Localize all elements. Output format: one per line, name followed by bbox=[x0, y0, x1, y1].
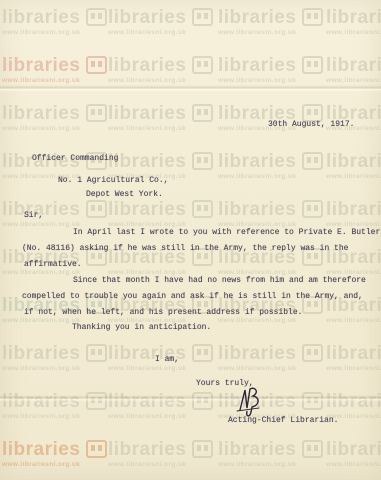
watermark-libraries-ni: librarieswww.librariesni.org.uk bbox=[218, 56, 323, 85]
ni-logo-icon bbox=[192, 440, 213, 458]
watermark-brand-text: libraries bbox=[218, 344, 296, 363]
watermark-url-text: www.librariesni.org.uk bbox=[108, 414, 213, 421]
watermark-libraries-ni: librarieswww.librariesni.org.uk bbox=[108, 104, 213, 133]
watermark-brand-text: libraries bbox=[108, 200, 186, 219]
watermark-brand-text: libraries bbox=[218, 56, 296, 75]
watermark-libraries-ni: librarieswww.librariesni.org.uk bbox=[326, 8, 381, 37]
salutation: Sir, bbox=[24, 211, 43, 221]
ni-logo-icon bbox=[302, 392, 323, 410]
watermark-libraries-ni: librarieswww.librariesni.org.uk bbox=[108, 392, 213, 421]
body-line-3: affirmative. bbox=[24, 260, 82, 270]
watermark-libraries-ni: librarieswww.librariesni.org.uk bbox=[326, 440, 381, 469]
watermark-brand-text: libraries bbox=[108, 392, 186, 411]
watermark-url-text: www.librariesni.org.uk bbox=[326, 78, 381, 85]
watermark-brand-text: libraries bbox=[108, 104, 186, 123]
signature-scribble-icon bbox=[233, 386, 271, 418]
address-line-3: Depot West York. bbox=[86, 190, 163, 200]
watermark-brand-text: libraries bbox=[218, 152, 296, 171]
watermark-libraries-ni: librarieswww.librariesni.org.uk bbox=[326, 200, 381, 229]
watermark-libraries-ni: librarieswww.librariesni.org.uk bbox=[218, 440, 323, 469]
watermark-brand-text: libraries bbox=[108, 56, 186, 75]
watermark-libraries-ni: librarieswww.librariesni.org.uk bbox=[2, 344, 107, 373]
watermark-libraries-ni: librarieswww.librariesni.org.uk bbox=[2, 8, 107, 37]
body-line-2: (No. 48116) asking if he was still in th… bbox=[22, 244, 348, 254]
body-line-4: Since that month I have had no news from… bbox=[73, 276, 366, 286]
watermark-brand-text: libraries bbox=[2, 440, 80, 459]
watermark-url-text: www.librariesni.org.uk bbox=[326, 318, 381, 325]
watermark-brand-text: libraries bbox=[218, 8, 296, 27]
ni-logo-icon bbox=[86, 392, 107, 410]
body-line-1: In April last I wrote to you with refere… bbox=[73, 228, 380, 238]
watermark-brand-text: libraries bbox=[108, 152, 186, 171]
watermark-libraries-ni: librarieswww.librariesni.org.uk bbox=[2, 392, 107, 421]
watermark-url-text: www.librariesni.org.uk bbox=[326, 366, 381, 373]
watermark-libraries-ni: librarieswww.librariesni.org.uk bbox=[218, 8, 323, 37]
watermark-url-text: www.librariesni.org.uk bbox=[218, 462, 323, 469]
scanned-letter-page: librarieswww.librariesni.org.uklibraries… bbox=[0, 0, 381, 480]
watermark-brand-text: libraries bbox=[326, 344, 381, 363]
watermark-brand-text: libraries bbox=[326, 152, 381, 171]
signature bbox=[233, 386, 271, 423]
ni-logo-icon bbox=[192, 56, 213, 74]
ni-logo-icon bbox=[192, 200, 213, 218]
watermark-url-text: www.librariesni.org.uk bbox=[2, 366, 107, 373]
watermark-brand-text: libraries bbox=[2, 104, 80, 123]
ni-logo-icon bbox=[86, 8, 107, 26]
watermark-libraries-ni: librarieswww.librariesni.org.uk bbox=[326, 152, 381, 181]
watermark-url-text: www.librariesni.org.uk bbox=[2, 30, 107, 37]
ni-logo-icon bbox=[192, 104, 213, 122]
ni-logo-icon bbox=[86, 440, 107, 458]
watermark-brand-text: libraries bbox=[108, 440, 186, 459]
address-line-1: Officer Commanding bbox=[32, 154, 118, 164]
ni-logo-icon bbox=[192, 152, 213, 170]
closing-i-am: I am, bbox=[155, 355, 179, 365]
watermark-url-text: www.librariesni.org.uk bbox=[2, 78, 107, 85]
ni-logo-icon bbox=[86, 56, 107, 74]
watermark-libraries-ni: librarieswww.librariesni.org.uk bbox=[218, 344, 323, 373]
watermark-libraries-ni: librarieswww.librariesni.org.uk bbox=[218, 200, 323, 229]
watermark-brand-text: libraries bbox=[326, 200, 381, 219]
watermark-brand-text: libraries bbox=[108, 8, 186, 27]
watermark-url-text: www.librariesni.org.uk bbox=[218, 318, 323, 325]
watermark-libraries-ni: librarieswww.librariesni.org.uk bbox=[2, 200, 107, 229]
watermark-url-text: www.librariesni.org.uk bbox=[108, 366, 213, 373]
watermark-url-text: www.librariesni.org.uk bbox=[2, 462, 107, 469]
watermark-brand-text: libraries bbox=[326, 8, 381, 27]
watermark-brand-text: libraries bbox=[326, 440, 381, 459]
letter-date: 30th August, 1917. bbox=[268, 120, 354, 130]
watermark-libraries-ni: librarieswww.librariesni.org.uk bbox=[108, 56, 213, 85]
body-line-5: compelled to trouble you again and ask i… bbox=[22, 292, 363, 302]
watermark-libraries-ni: librarieswww.librariesni.org.uk bbox=[2, 56, 107, 85]
watermark-url-text: www.librariesni.org.uk bbox=[218, 30, 323, 37]
ni-logo-icon bbox=[86, 200, 107, 218]
thanks-line: Thanking you in anticipation. bbox=[72, 323, 211, 333]
watermark-url-text: www.librariesni.org.uk bbox=[218, 366, 323, 373]
watermark-url-text: www.librariesni.org.uk bbox=[2, 414, 107, 421]
ni-logo-icon bbox=[302, 8, 323, 26]
watermark-brand-text: libraries bbox=[2, 8, 80, 27]
watermark-brand-text: libraries bbox=[326, 392, 381, 411]
watermark-url-text: www.librariesni.org.uk bbox=[326, 30, 381, 37]
watermark-libraries-ni: librarieswww.librariesni.org.uk bbox=[218, 152, 323, 181]
watermark-libraries-ni: librarieswww.librariesni.org.uk bbox=[108, 8, 213, 37]
ni-logo-icon bbox=[302, 440, 323, 458]
watermark-url-text: www.librariesni.org.uk bbox=[108, 78, 213, 85]
watermark-url-text: www.librariesni.org.uk bbox=[108, 462, 213, 469]
watermark-libraries-ni: librarieswww.librariesni.org.uk bbox=[326, 56, 381, 85]
watermark-layer: librarieswww.librariesni.org.uklibraries… bbox=[0, 0, 381, 480]
watermark-libraries-ni: librarieswww.librariesni.org.uk bbox=[326, 344, 381, 373]
ni-logo-icon bbox=[192, 344, 213, 362]
watermark-url-text: www.librariesni.org.uk bbox=[326, 462, 381, 469]
watermark-url-text: www.librariesni.org.uk bbox=[108, 30, 213, 37]
watermark-brand-text: libraries bbox=[2, 56, 80, 75]
watermark-libraries-ni: librarieswww.librariesni.org.uk bbox=[108, 440, 213, 469]
ni-logo-icon bbox=[192, 8, 213, 26]
body-line-6: if not, when he left, and his present ad… bbox=[24, 308, 302, 318]
ni-logo-icon bbox=[302, 152, 323, 170]
watermark-libraries-ni: librarieswww.librariesni.org.uk bbox=[2, 440, 107, 469]
address-line-2: No. 1 Agricultural Co., bbox=[58, 176, 168, 186]
watermark-brand-text: libraries bbox=[326, 56, 381, 75]
ni-logo-icon bbox=[86, 344, 107, 362]
watermark-brand-text: libraries bbox=[2, 392, 80, 411]
watermark-url-text: www.librariesni.org.uk bbox=[218, 174, 323, 181]
ni-logo-icon bbox=[302, 56, 323, 74]
watermark-libraries-ni: librarieswww.librariesni.org.uk bbox=[2, 104, 107, 133]
watermark-url-text: www.librariesni.org.uk bbox=[108, 126, 213, 133]
watermark-brand-text: libraries bbox=[218, 200, 296, 219]
ni-logo-icon bbox=[86, 104, 107, 122]
ni-logo-icon bbox=[302, 344, 323, 362]
watermark-libraries-ni: librarieswww.librariesni.org.uk bbox=[108, 200, 213, 229]
ni-logo-icon bbox=[192, 392, 213, 410]
watermark-url-text: www.librariesni.org.uk bbox=[218, 78, 323, 85]
watermark-url-text: www.librariesni.org.uk bbox=[326, 174, 381, 181]
watermark-brand-text: libraries bbox=[2, 344, 80, 363]
ni-logo-icon bbox=[302, 200, 323, 218]
watermark-brand-text: libraries bbox=[218, 440, 296, 459]
watermark-url-text: www.librariesni.org.uk bbox=[2, 126, 107, 133]
